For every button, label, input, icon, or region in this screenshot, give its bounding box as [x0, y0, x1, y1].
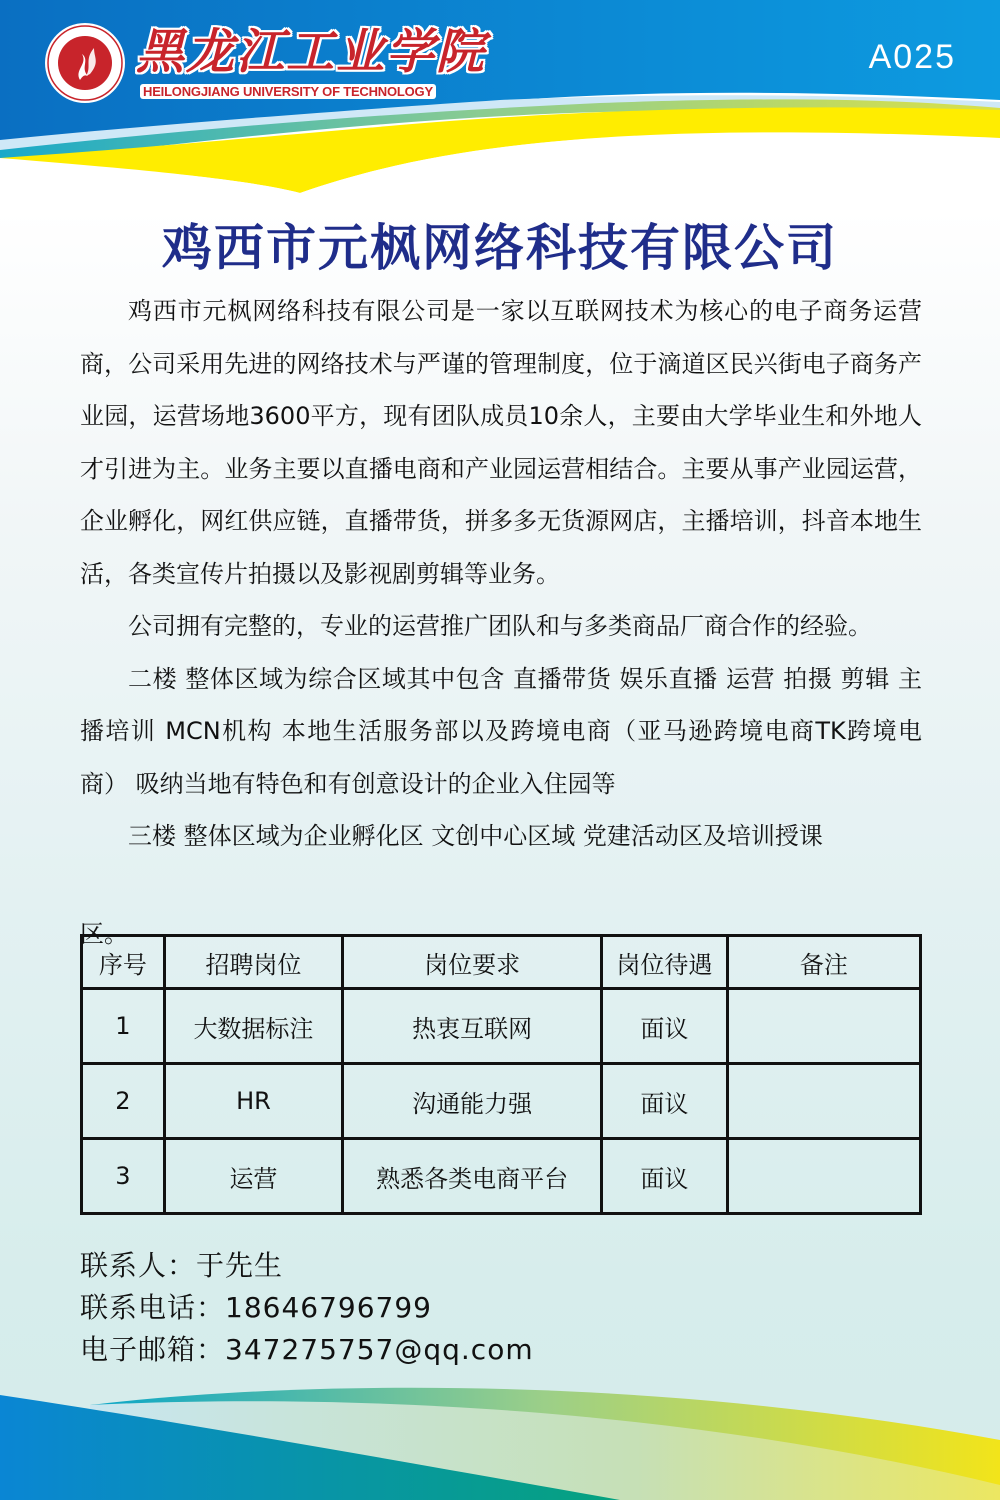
cell-position: 大数据标注: [164, 989, 342, 1064]
third-floor-paragraph: 三楼 整体区域为企业孵化区 文创中心区域 党建活动区及培训授课: [80, 810, 922, 863]
contact-phone-value: 18646796799: [225, 1291, 432, 1324]
contact-person-label: 联系人：: [80, 1249, 196, 1282]
experience-paragraph: 公司拥有完整的，专业的运营推广团队和与多类商品厂商合作的经验。: [80, 600, 922, 653]
school-name-chinese: 黑龙江工业学院: [136, 22, 486, 82]
table-header-row: 序号 招聘岗位 岗位要求 岗位待遇 备注: [82, 936, 921, 989]
contact-email-label: 电子邮箱：: [80, 1333, 225, 1366]
poster-code: A025: [869, 38, 956, 77]
company-title: 鸡西市元枫网络科技有限公司: [0, 208, 1000, 280]
cell-notes: [727, 989, 920, 1064]
cell-salary: 面议: [602, 989, 728, 1064]
header-position: 招聘岗位: [164, 936, 342, 989]
contact-info: 联系人：于先生 联系电话：18646796799 电子邮箱：347275757@…: [80, 1245, 534, 1371]
university-logo: [44, 22, 126, 104]
cell-requirement: 热衷互联网: [343, 989, 602, 1064]
header-salary: 岗位待遇: [602, 936, 728, 989]
cell-requirement: 沟通能力强: [343, 1064, 602, 1139]
contact-email: 电子邮箱：347275757@qq.com: [80, 1329, 534, 1371]
footer-wave-background: [0, 1380, 1000, 1500]
table-row: 1 大数据标注 热衷互联网 面议: [82, 989, 921, 1064]
table-row: 2 HR 沟通能力强 面议: [82, 1064, 921, 1139]
cell-salary: 面议: [602, 1064, 728, 1139]
cell-position: 运营: [164, 1139, 342, 1214]
cell-index: 1: [82, 989, 165, 1064]
contact-phone: 联系电话：18646796799: [80, 1287, 534, 1329]
second-floor-paragraph: 二楼 整体区域为综合区域其中包含 直播带货 娱乐直播 运营 拍摄 剪辑 主播培训…: [80, 653, 922, 811]
school-name-english: HEILONGJIANG UNIVERSITY OF TECHNOLOGY: [140, 84, 436, 99]
cell-notes: [727, 1064, 920, 1139]
contact-person: 联系人：于先生: [80, 1245, 534, 1287]
contact-phone-label: 联系电话：: [80, 1291, 225, 1324]
cell-notes: [727, 1139, 920, 1214]
header-notes: 备注: [727, 936, 920, 989]
company-description: 鸡西市元枫网络科技有限公司是一家以互联网技术为核心的电子商务运营商，公司采用先进…: [80, 285, 922, 863]
cell-index: 3: [82, 1139, 165, 1214]
cell-position: HR: [164, 1064, 342, 1139]
header-index: 序号: [82, 936, 165, 989]
cell-index: 2: [82, 1064, 165, 1139]
cell-salary: 面议: [602, 1139, 728, 1214]
contact-email-value: 347275757@qq.com: [225, 1333, 534, 1366]
intro-paragraph: 鸡西市元枫网络科技有限公司是一家以互联网技术为核心的电子商务运营商，公司采用先进…: [80, 285, 922, 600]
contact-person-value: 于先生: [196, 1249, 283, 1282]
jobs-table: 序号 招聘岗位 岗位要求 岗位待遇 备注 1 大数据标注 热衷互联网 面议 2 …: [80, 934, 922, 1215]
cell-requirement: 熟悉各类电商平台: [343, 1139, 602, 1214]
university-seal-icon: [44, 22, 126, 104]
table-row: 3 运营 熟悉各类电商平台 面议: [82, 1139, 921, 1214]
header-requirement: 岗位要求: [343, 936, 602, 989]
